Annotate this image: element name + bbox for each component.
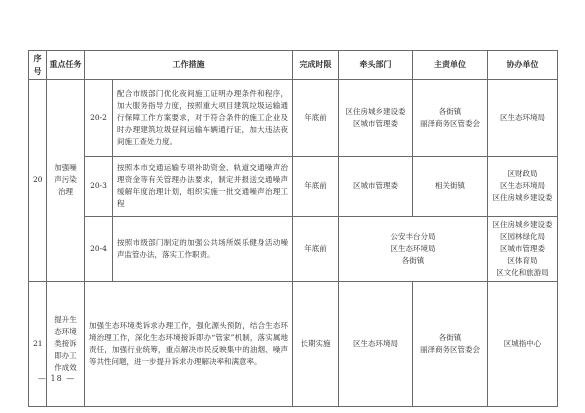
measure-text: 按照本市交通运输专项补助资金、轨道交通噪声治理资金等有关管理办法要求，制定并报送…: [113, 156, 293, 216]
col-header-deadline: 完成时限: [293, 51, 339, 80]
col-header-serial: 序号: [29, 51, 47, 80]
task-cell-noise-control: 加强噪声污染治理: [47, 79, 85, 281]
deadline-cell: 年底前: [293, 79, 339, 156]
measure-code: 20-2: [85, 79, 113, 156]
col-header-measures: 工作措施: [85, 51, 293, 80]
col-header-support-unit: 协办单位: [488, 51, 558, 80]
support-unit-cell: 区财政局 区生态环境局 区住房城乡建设委: [488, 156, 558, 216]
measure-code: 20-3: [85, 156, 113, 216]
measure-code: 20-4: [85, 216, 113, 281]
responsible-unit-cell: 各街镇 丽泽商务区管委会: [413, 281, 488, 406]
measure-text: 配合市级部门优化夜间施工证明办理条件和程序，加大服务指导力度，按照重大项目建筑垃…: [113, 79, 293, 156]
lead-and-responsible-merged-cell: 公安丰台分局 区生态环境局 各街镇: [339, 216, 488, 281]
responsible-unit-cell: 各街镇 丽泽商务区管委会: [413, 79, 488, 156]
responsible-unit-cell: 相关街镇: [413, 156, 488, 216]
deadline-cell: 年底前: [293, 216, 339, 281]
table-row-20-2: 20 加强噪声污染治理 20-2 配合市级部门优化夜间施工证明办理条件和程序，加…: [29, 79, 558, 156]
col-header-task: 重点任务: [47, 51, 85, 80]
table-header-row: 序号 重点任务 工作措施 完成时限 牵头部门 主责单位 协办单位: [29, 51, 558, 80]
support-unit-cell: 区生态环境局: [488, 79, 558, 156]
col-header-lead-dept: 牵头部门: [339, 51, 413, 80]
table-row-20-3: 20-3 按照本市交通运输专项补助资金、轨道交通噪声治理资金等有关管理办法要求，…: [29, 156, 558, 216]
support-unit-cell: 区城指中心: [488, 281, 558, 406]
table-row-20-4: 20-4 按照市级部门制定的加强公共场所娱乐健身活动噪声监管办法，落实工作职责。…: [29, 216, 558, 281]
deadline-cell: 长期实施: [293, 281, 339, 406]
lead-dept-cell: 区生态环境局: [339, 281, 413, 406]
work-measures-table: 序号 重点任务 工作措施 完成时限 牵头部门 主责单位 协办单位 20 加强噪声…: [28, 50, 558, 407]
deadline-cell: 年底前: [293, 156, 339, 216]
serial-cell-21: 21: [29, 281, 47, 406]
measure-text: 加强生态环境类诉求办理工作，强化源头预防，结合生态环境治理工作，深化生态环境接诉…: [85, 281, 293, 406]
table-row-21: 21 提升生态环境类接诉即办工作成效 加强生态环境类诉求办理工作，强化源头预防，…: [29, 281, 558, 406]
support-unit-cell: 区住房城乡建设委 区园林绿化局 区城市管理委 区体育局 区文化和旅游局: [488, 216, 558, 281]
task-cell-complaint-handling: 提升生态环境类接诉即办工作成效: [47, 281, 85, 406]
page-number: — 18 —: [38, 374, 75, 383]
serial-cell-20: 20: [29, 79, 47, 281]
lead-dept-cell: 区城市管理委: [339, 156, 413, 216]
lead-dept-cell: 区住房城乡建设委 区城市管理委: [339, 79, 413, 156]
measure-text: 按照市级部门制定的加强公共场所娱乐健身活动噪声监管办法，落实工作职责。: [113, 216, 293, 281]
col-header-responsible-unit: 主责单位: [413, 51, 488, 80]
document-page: 序号 重点任务 工作措施 完成时限 牵头部门 主责单位 协办单位 20 加强噪声…: [0, 0, 585, 413]
